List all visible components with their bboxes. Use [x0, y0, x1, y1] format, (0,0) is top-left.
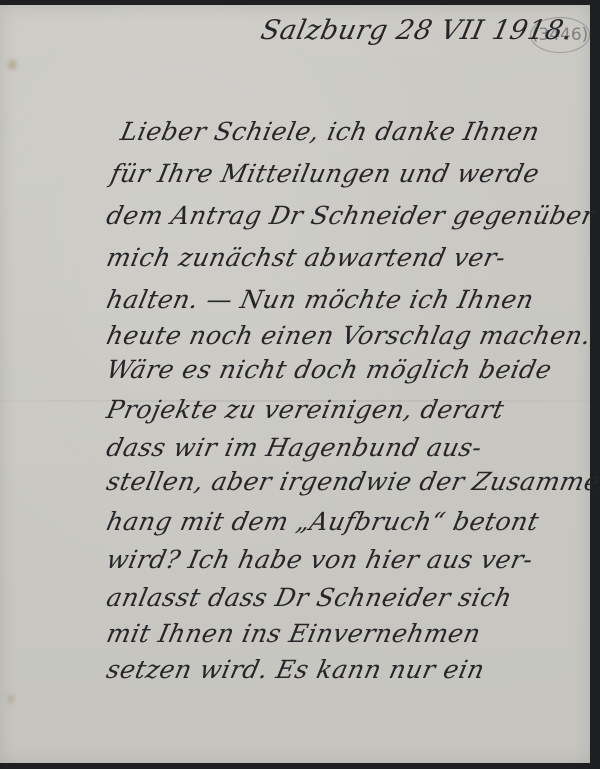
- letter-line: Wäre es nicht doch möglich beide: [104, 355, 555, 384]
- letter-line: stellen, aber irgendwie der Zusammen-: [104, 467, 600, 496]
- letter-line: dem Antrag Dr Schneider gegenüber: [104, 201, 597, 230]
- letter-line: mich zunächst abwartend ver-: [104, 243, 508, 272]
- letter-line: für Ihre Mitteilungen und werde: [108, 159, 542, 188]
- letter-line: Projekte zu vereinigen, derart: [104, 395, 507, 424]
- letter-line: halten. — Nun möchte ich Ihnen: [104, 285, 537, 314]
- letter-line: wird? Ich habe von hier aus ver-: [104, 545, 536, 574]
- letter-line: hang mit dem „Aufbruch“ betont: [104, 507, 542, 536]
- letter-line: heute noch einen Vorschlag machen.: [104, 321, 594, 350]
- dateline: Salzburg 28 VII 1918.: [258, 15, 576, 46]
- letter-line: dass wir im Hagenbund aus-: [104, 433, 485, 462]
- paper-stain: [8, 695, 14, 703]
- letter-line: Lieber Schiele, ich danke Ihnen: [118, 117, 542, 146]
- letter-line: anlasst dass Dr Schneider sich: [104, 583, 515, 612]
- letter-page: (3446) Salzburg 28 VII 1918. Lieber Schi…: [0, 5, 590, 763]
- paper-stain: [8, 60, 17, 70]
- letter-line: setzen wird. Es kann nur ein: [104, 655, 487, 684]
- letter-line: mit Ihnen ins Einvernehmen: [104, 619, 483, 648]
